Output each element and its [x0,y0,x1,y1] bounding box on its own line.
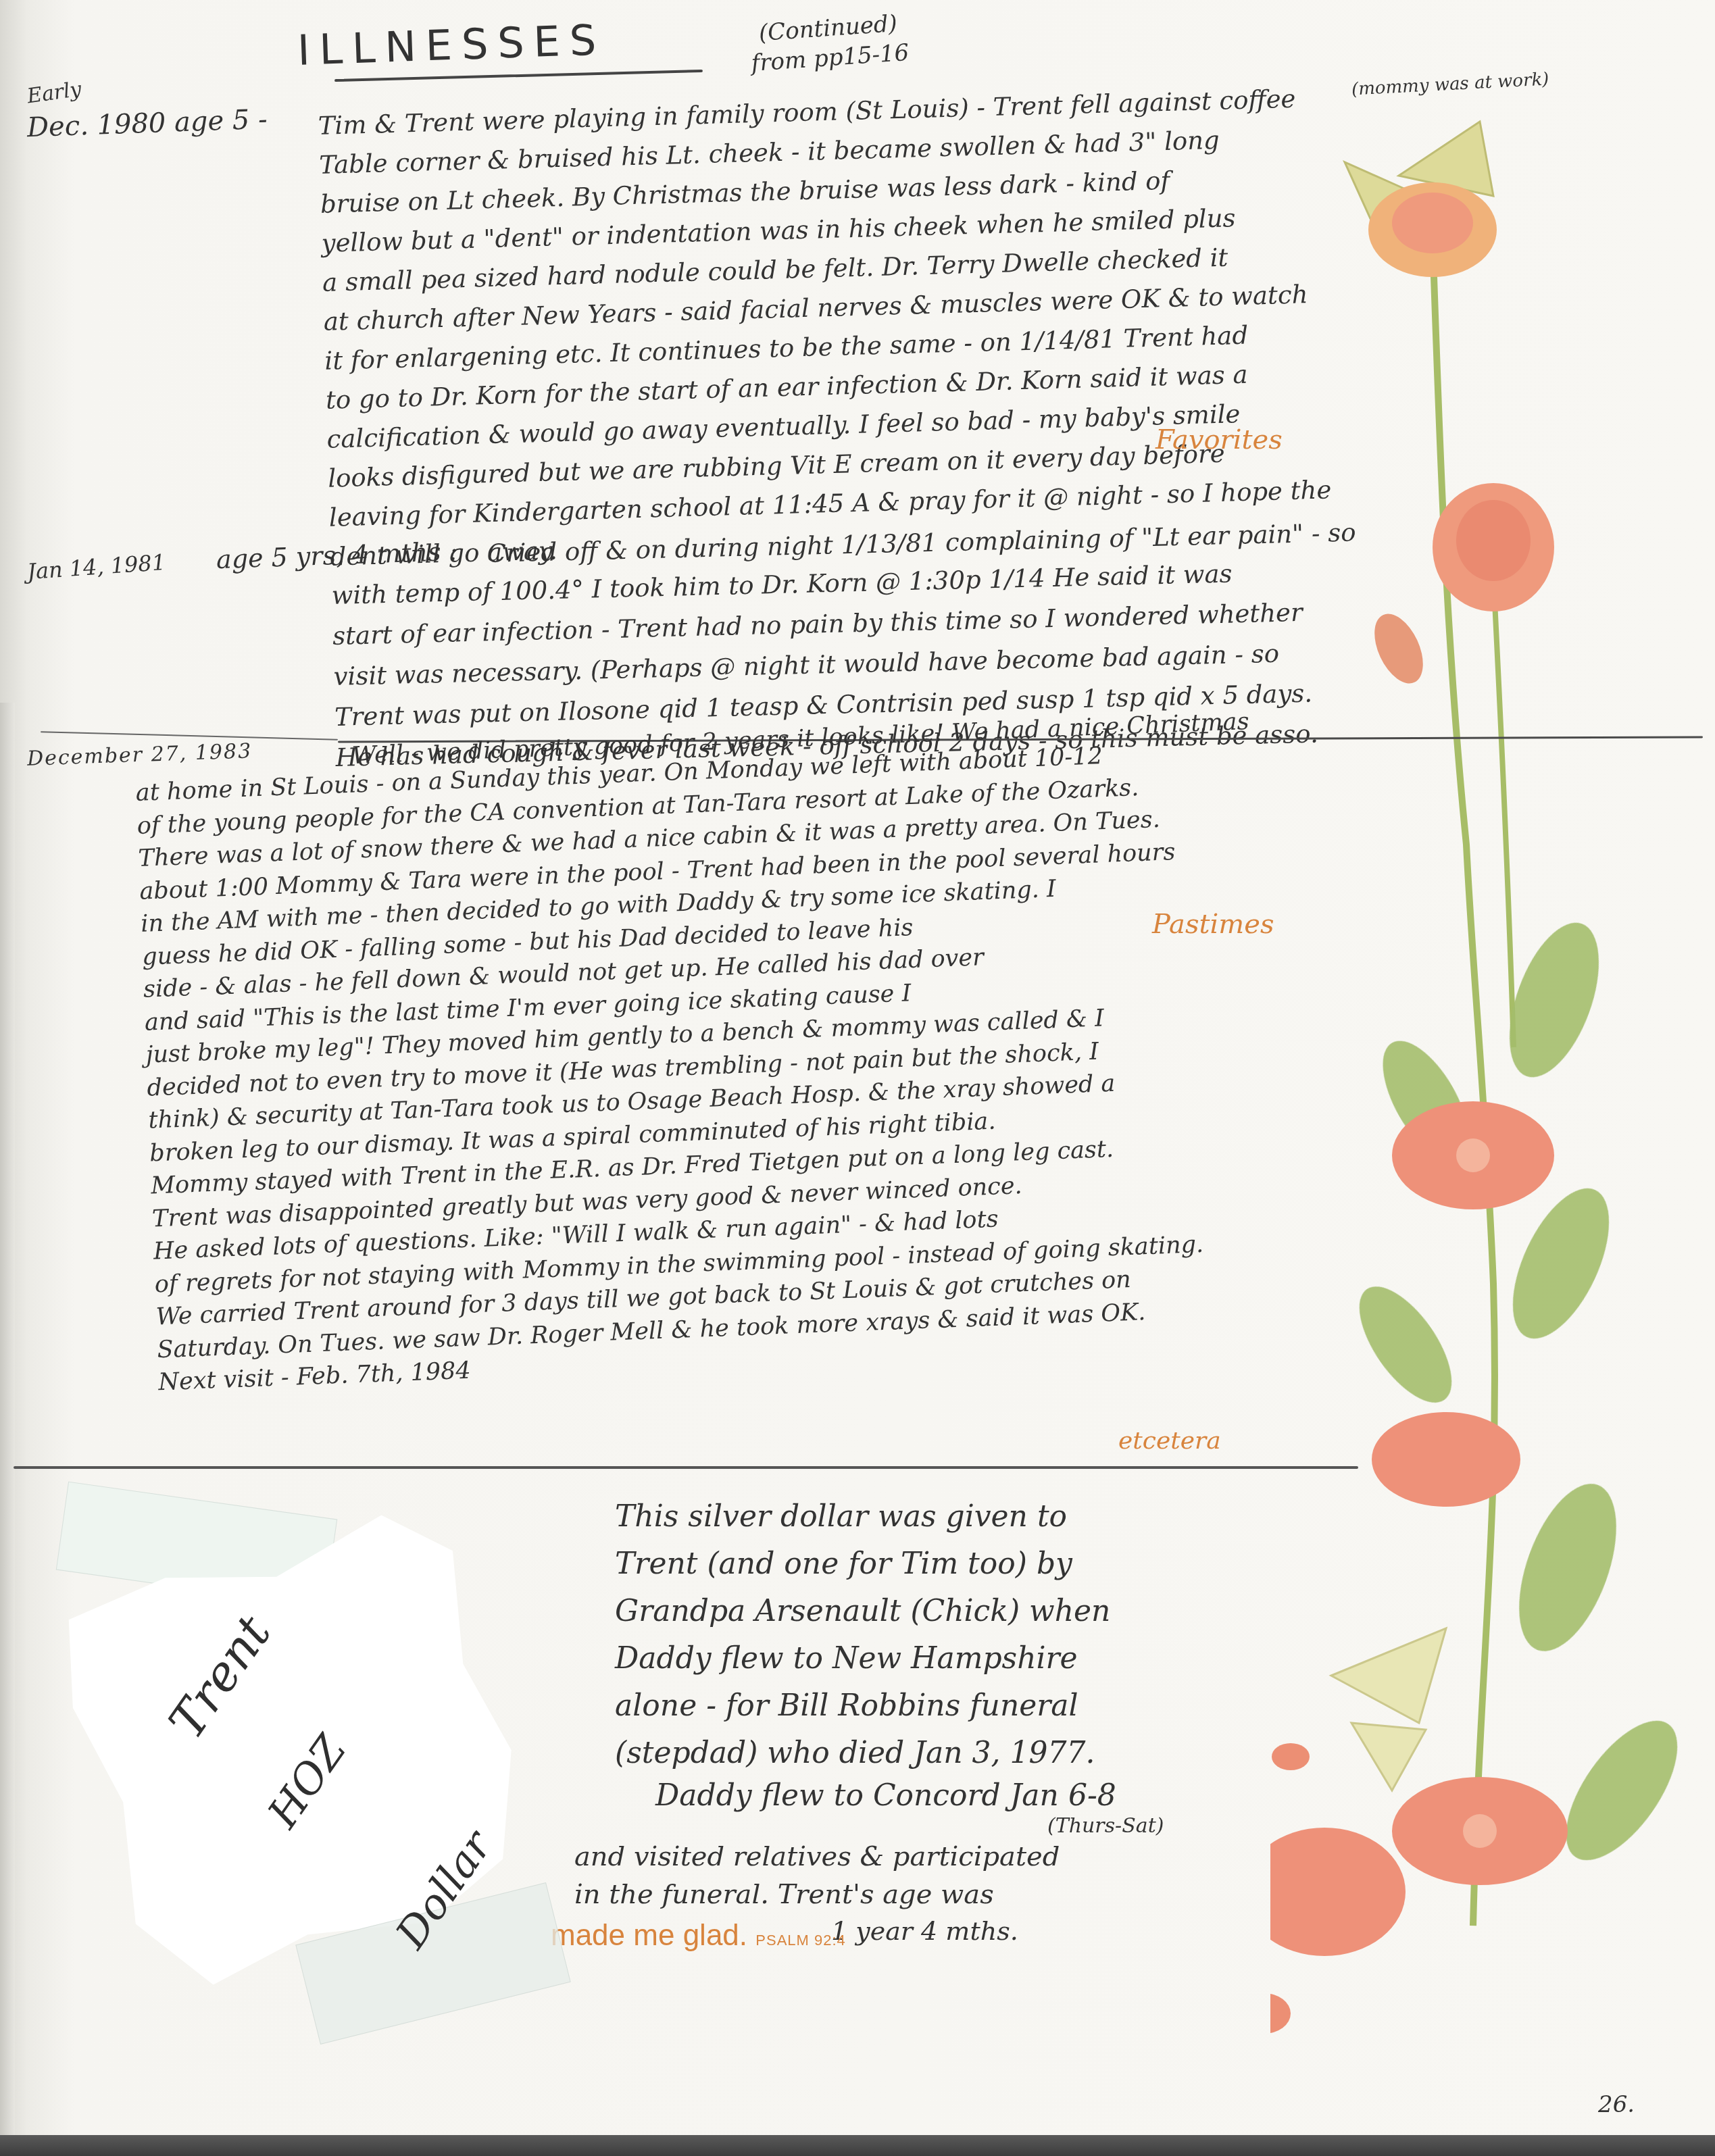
keepsake-note: This silver dollar was given to Trent (a… [615,1493,1110,1949]
keepsake-line: (stepdad) who died Jan 3, 1977. [615,1730,1110,1777]
keepsake-line: Daddy flew to New Hampshire [615,1635,1110,1682]
page-bottom-edge [0,2135,1715,2156]
entry-body: at home in St Louis - on a Sunday this y… [135,736,1208,1399]
printed-verse: made me glad. PSALM 92:4 [551,1919,846,1953]
section-divider [14,1466,1358,1469]
keepsake-line: Daddy flew to Concord Jan 6-8 [655,1777,1151,1815]
keepsake-line: alone - for Bill Robbins funeral [615,1682,1110,1730]
keepsake-line: 1 year 4 mths. [831,1913,1326,1949]
printed-label-favorites: Favorites [1155,424,1283,455]
page-number: 26. [1598,2091,1635,2118]
keepsake-line: This silver dollar was given to [615,1493,1110,1540]
keepsake-line: and visited relatives & participated [574,1838,1070,1876]
verse-text: made me glad. [551,1919,747,1952]
entry-body: Tim & Trent were playing in family room … [318,79,1333,577]
printed-label-pastimes: Pastimes [1152,909,1274,940]
keepsake-line: Trent (and one for Tim too) by [615,1540,1110,1588]
printed-label-etcetera: etcetera [1118,1427,1221,1455]
keepsake-line: in the funeral. Trent's age was [574,1876,1070,1913]
page-binding-edge [0,703,15,2135]
keepsake-line: Grandpa Arsenault (Chick) when [615,1588,1110,1635]
continued-note: (Continued) from pp15-16 [748,8,910,78]
keepsake-line: (Thurs-Sat) [1047,1815,1543,1838]
verse-reference: PSALM 92:4 [755,1932,846,1949]
